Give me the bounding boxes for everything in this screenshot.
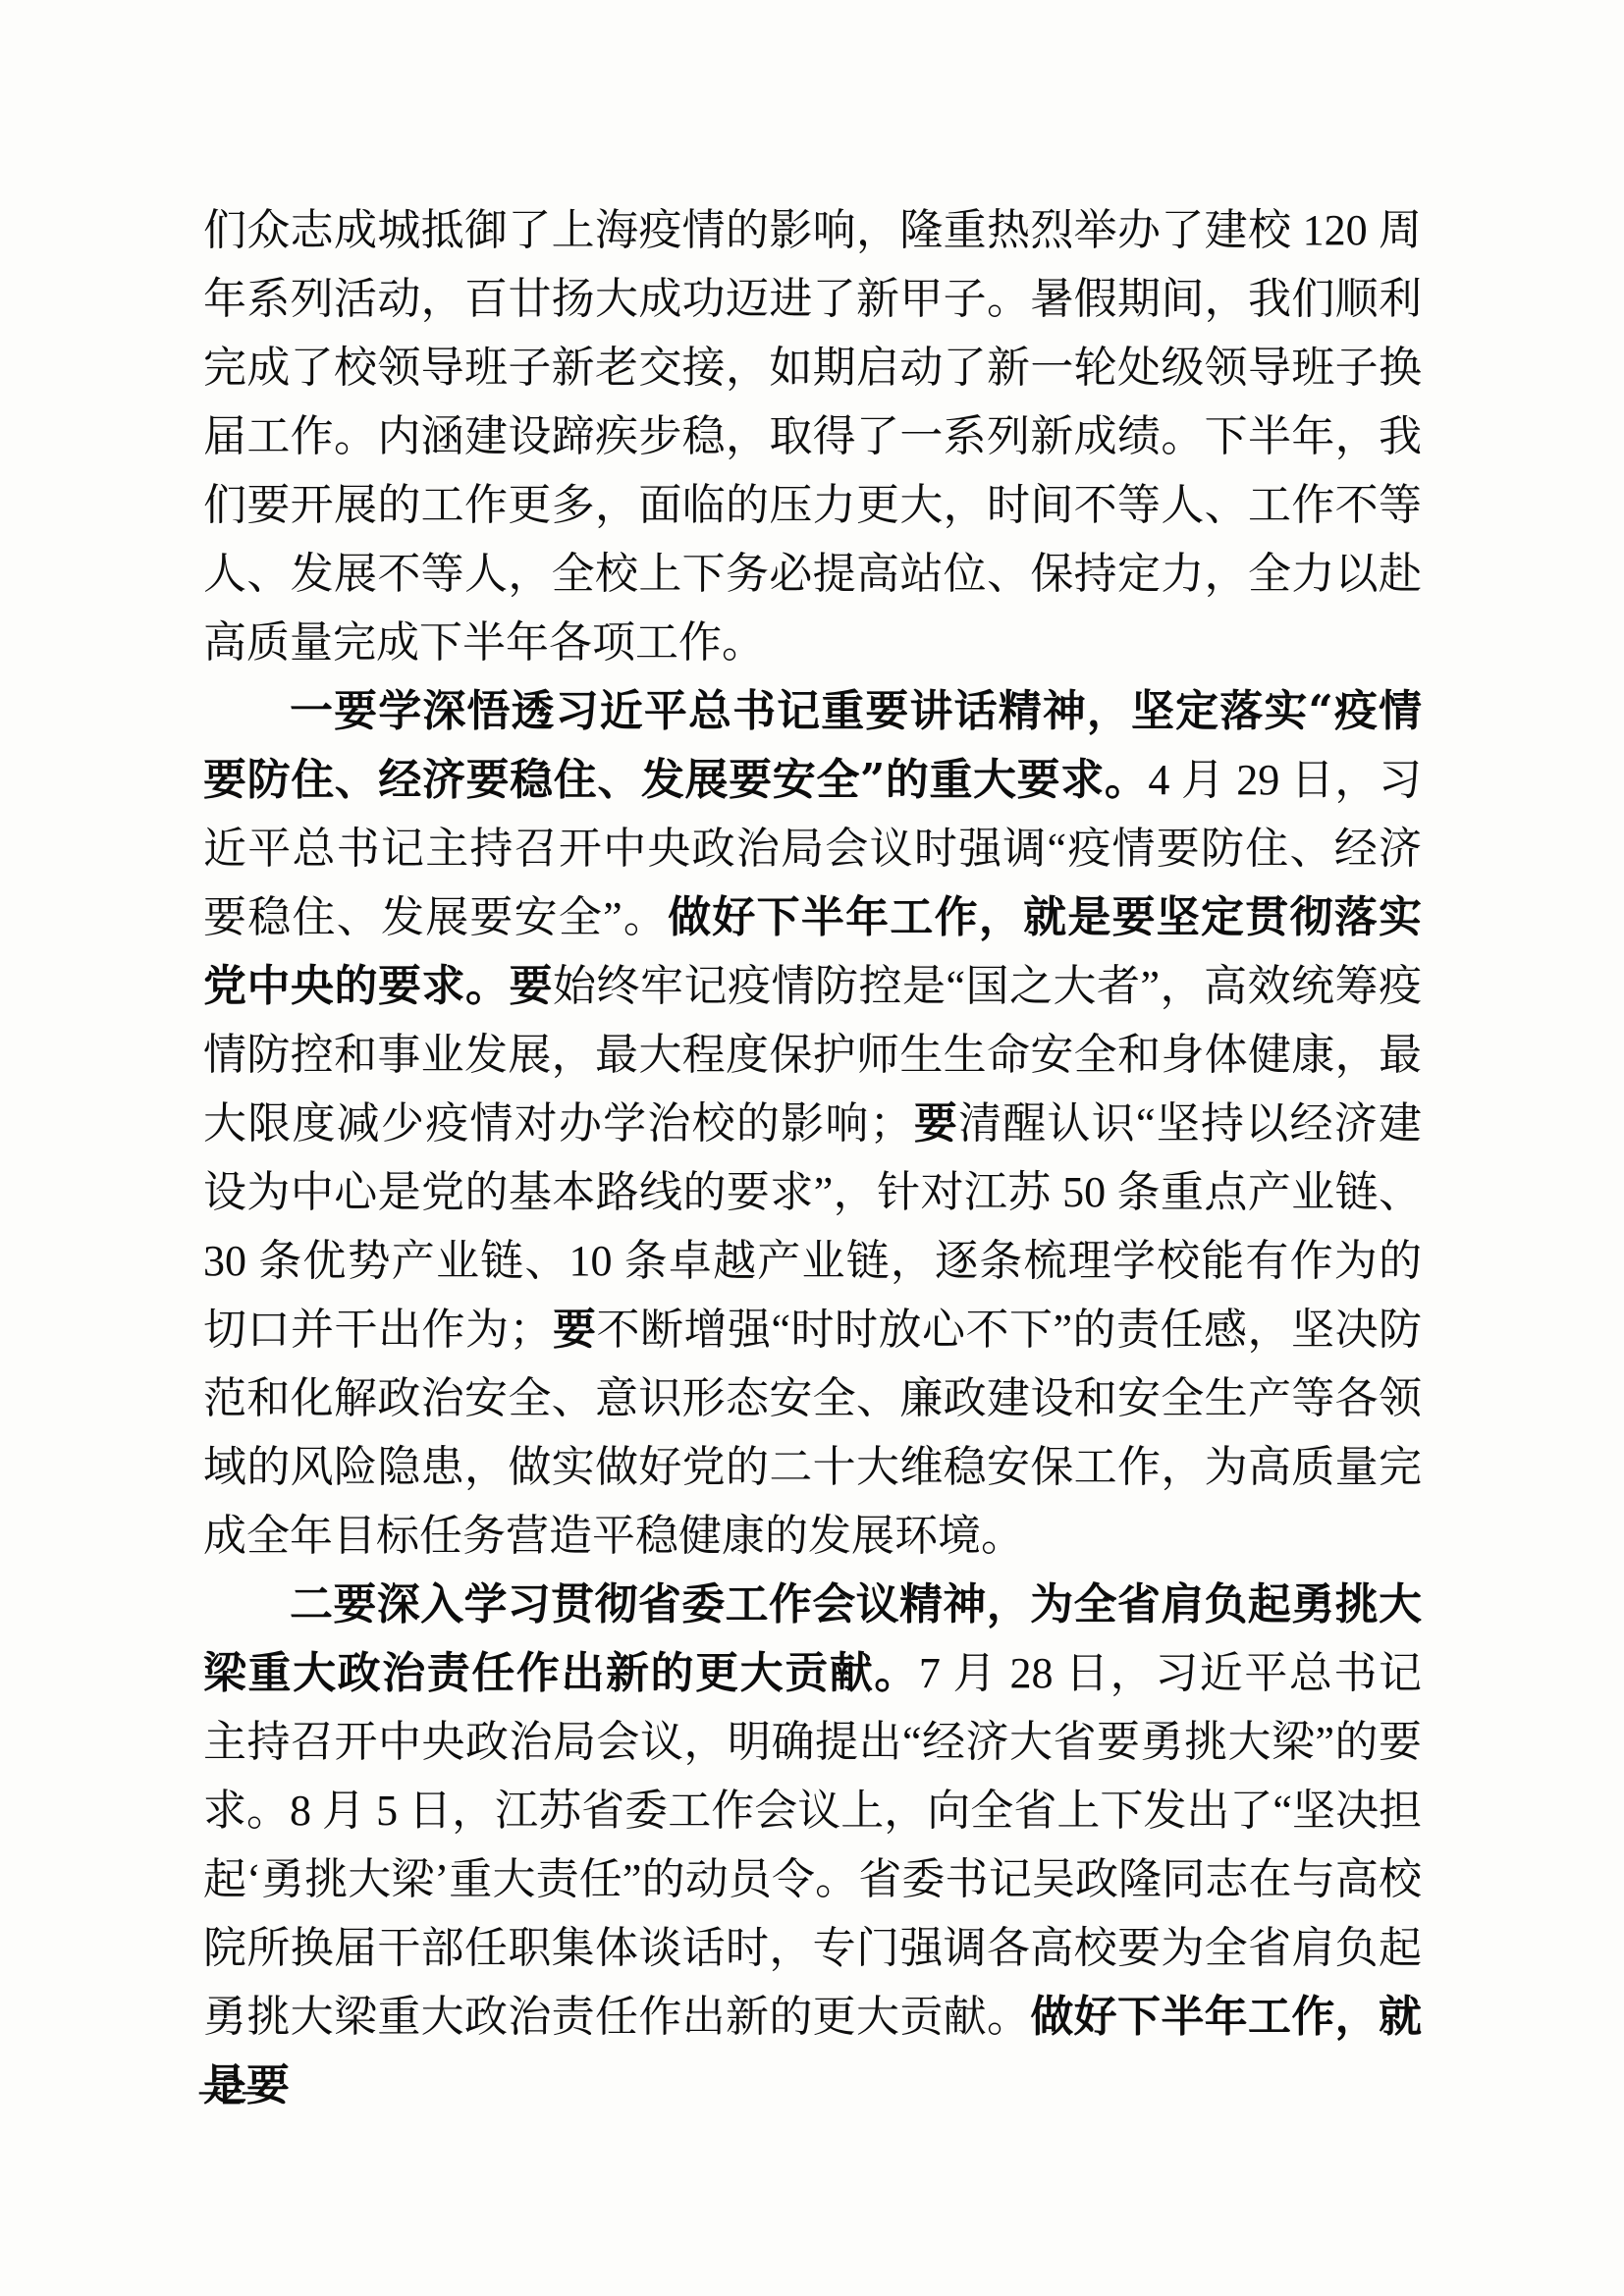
- text-run-hei: 要: [509, 961, 553, 1011]
- text-run-body: 7 月 28 日，习近平总书记主持召开中央政治局会议，明确提出“经济大省要勇挑大…: [203, 1649, 1422, 2041]
- text-run-hei: 要: [552, 1305, 596, 1355]
- document-body: 们众志成城抵御了上海疫情的影响，隆重热烈举办了建校 120 周年系列活动，百廿扬…: [203, 196, 1422, 2120]
- page-number: –2–: [199, 2056, 264, 2124]
- document-page: 们众志成城抵御了上海疫情的影响，隆重热烈举办了建校 120 周年系列活动，百廿扬…: [0, 0, 1624, 2296]
- paragraph-point-one: 一要学深悟透习近平总书记重要讲话精神，坚定落实“疫情要防住、经济要稳住、发展要安…: [203, 677, 1422, 1571]
- text-run-hei: 要: [913, 1098, 958, 1148]
- text-run-body: 们众志成城抵御了上海疫情的影响，隆重热烈举办了建校 120 周年系列活动，百廿扬…: [203, 206, 1422, 667]
- paragraph-continuation: 们众志成城抵御了上海疫情的影响，隆重热烈举办了建校 120 周年系列活动，百廿扬…: [203, 196, 1422, 677]
- paragraph-point-two: 二要深入学习贯彻省委工作会议精神，为全省肩负起勇挑大梁重大政治责任作出新的更大贡…: [203, 1571, 1422, 2120]
